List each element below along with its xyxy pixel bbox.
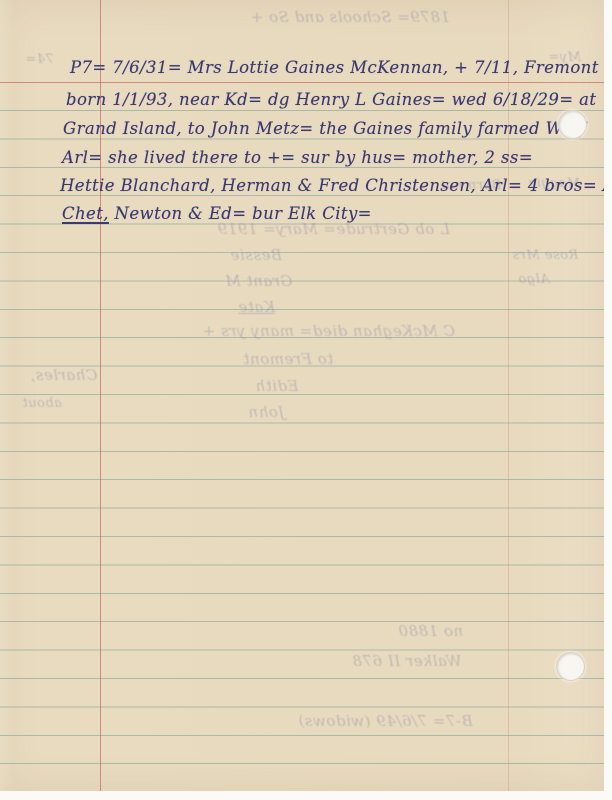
scanned-notebook-page: 1879= Schools and So + 74= My= Bern not … <box>0 0 612 800</box>
handwriting-underlined-word: Chet, <box>62 204 109 223</box>
scanner-background-right <box>604 0 612 800</box>
punch-hole-top <box>558 110 587 139</box>
handwriting-line-5: Hettie Blanchard, Herman & Fred Christen… <box>60 176 612 195</box>
handwriting-line-1: P7= 7/6/31= Mrs Lottie Gaines McKennan, … <box>70 58 612 77</box>
bleedthrough-text: Edith <box>255 377 299 395</box>
handwriting-line-3: Grand Island, to John Metz= the Gaines f… <box>63 119 586 138</box>
bleedthrough-text: Rose Mrs <box>512 248 578 263</box>
bleedthrough-text: no 1880 <box>398 622 463 640</box>
punch-hole-bottom <box>556 652 585 681</box>
bleedthrough-text: C McKeghan died= many yrs + <box>165 322 455 340</box>
handwriting-line-6: Chet, Newton & Ed= bur Elk City= <box>62 204 372 223</box>
bleedthrough-text: John <box>248 403 284 421</box>
top-margin-line <box>0 82 604 83</box>
bleedthrough-text: Walker II 678 <box>352 652 462 670</box>
handwriting-line-2: born 1/1/93, near Kd= dg Henry L Gaines=… <box>66 90 596 109</box>
bleedthrough-text: about <box>22 396 62 411</box>
bleedthrough-text: Grant M <box>225 272 292 290</box>
bleedthrough-text: B-7= 7/6/49 (widows) <box>298 712 473 730</box>
bleedthrough-text: Charles, <box>30 366 97 384</box>
bleedthrough-text: to Fremont <box>243 350 333 368</box>
handwriting-line-4: Arl= she lived there to += sur by hus= m… <box>62 148 533 167</box>
bleedthrough-text: Algo <box>518 272 550 287</box>
scanner-background-bottom <box>0 791 612 800</box>
bleedthrough-text: 1879= Schools and So + <box>150 8 450 26</box>
bleedthrough-text: 74= <box>25 52 54 67</box>
handwriting-line-6-rest: Newton & Ed= bur Elk City= <box>109 204 372 223</box>
bleedthrough-text: Kate <box>238 298 275 316</box>
paper-sheet: 1879= Schools and So + 74= My= Bern not … <box>0 0 604 792</box>
bleedthrough-text: Bessie <box>230 246 282 264</box>
